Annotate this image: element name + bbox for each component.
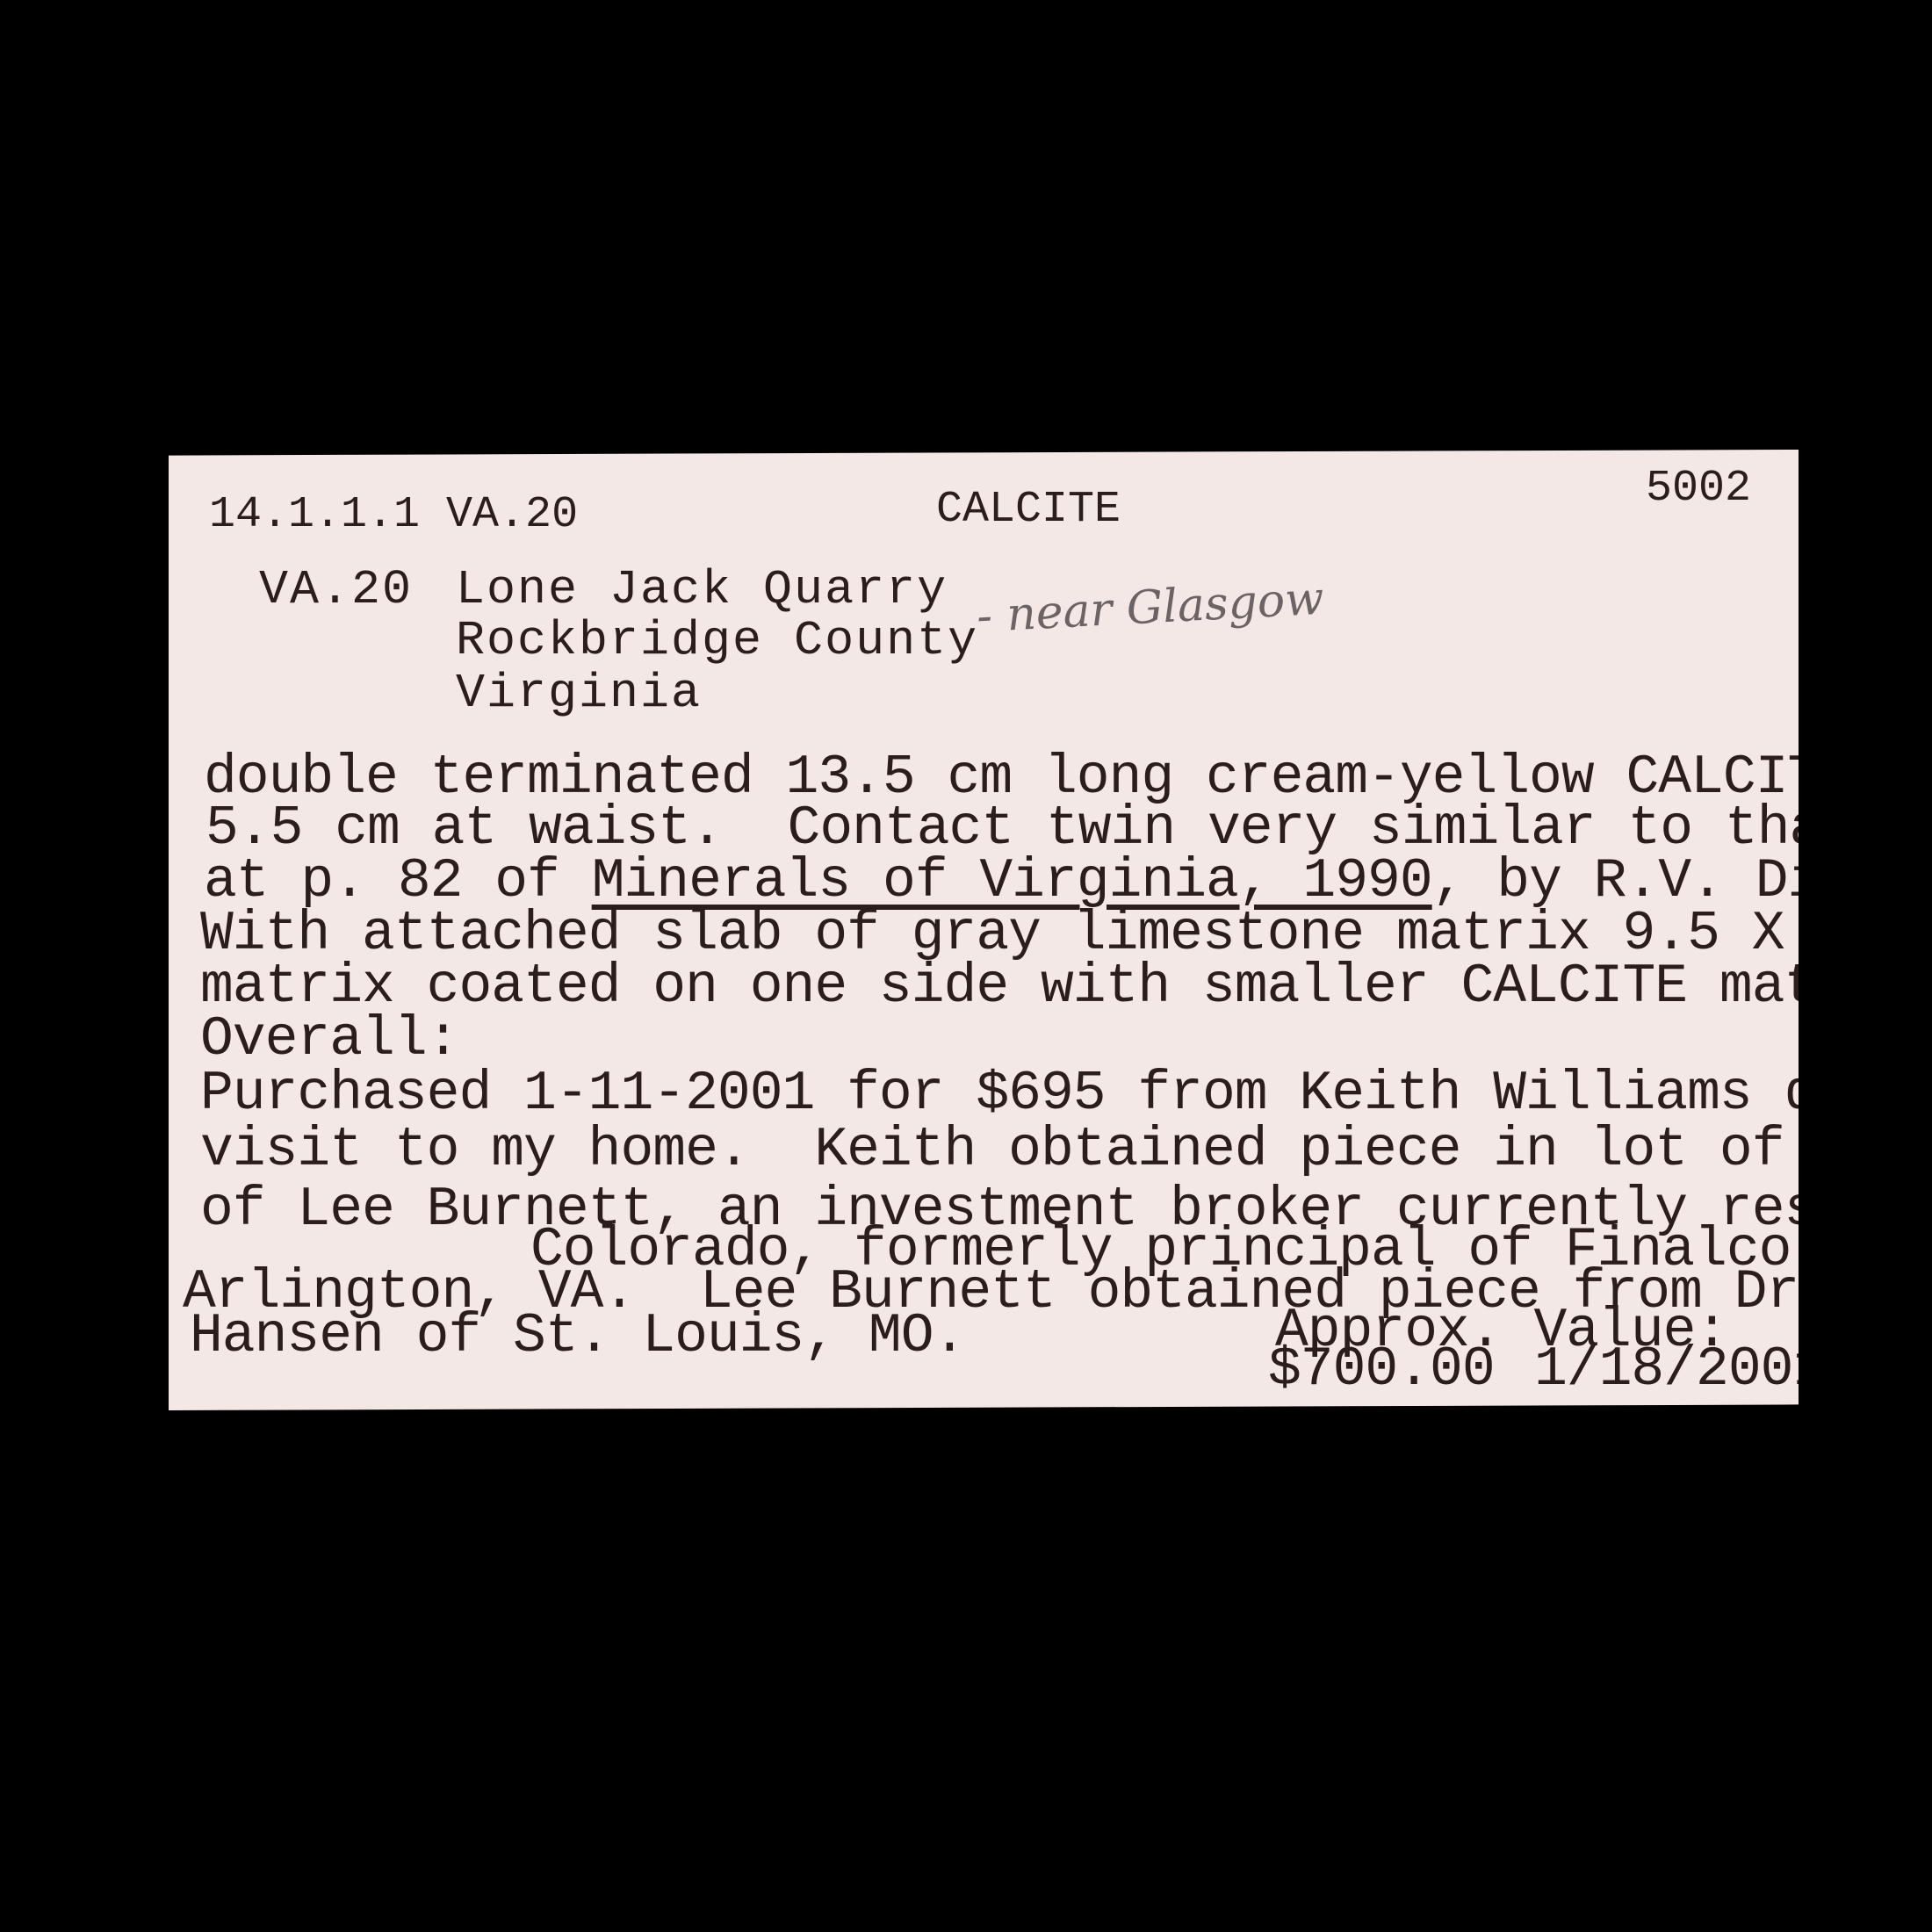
locality-line: Lone Jack Quarry [456, 566, 948, 614]
description-line: visit to my home. Keith obtained piece i… [200, 1122, 1799, 1178]
description-line: matrix coated on one side with smaller C… [200, 959, 1799, 1014]
catalog-number: 5002 [1646, 467, 1751, 511]
description-line-reference: at p. 82 of Minerals of Virginia, 1990, … [204, 854, 1799, 909]
locality-line: Virginia [456, 669, 702, 717]
description-line: With attached slab of gray limestone mat… [200, 906, 1799, 962]
specimen-label-card: 14.1.1.1 VA.20 CALCITE 5002 VA.20 Lone J… [169, 450, 1799, 1410]
value-date: 1/18/2001 [1534, 1342, 1799, 1397]
mineral-name: CALCITE [936, 488, 1121, 532]
description-line: Overall: [200, 1012, 458, 1067]
description-line: Purchased 1-11-2001 for $695 from Keith … [200, 1066, 1799, 1121]
description-line: 5.5 cm at waist. Contact twin very simil… [205, 801, 1799, 856]
classification-code: 14.1.1.1 VA.20 [209, 494, 578, 537]
locality-line: Rockbridge County [456, 616, 978, 665]
handwritten-note: - near Glasgow [976, 573, 1325, 644]
locality-code: VA.20 [259, 566, 413, 614]
approx-value: $700.00 [1268, 1342, 1495, 1397]
description-line: Hansen of St. Louis, MO. [190, 1308, 965, 1364]
